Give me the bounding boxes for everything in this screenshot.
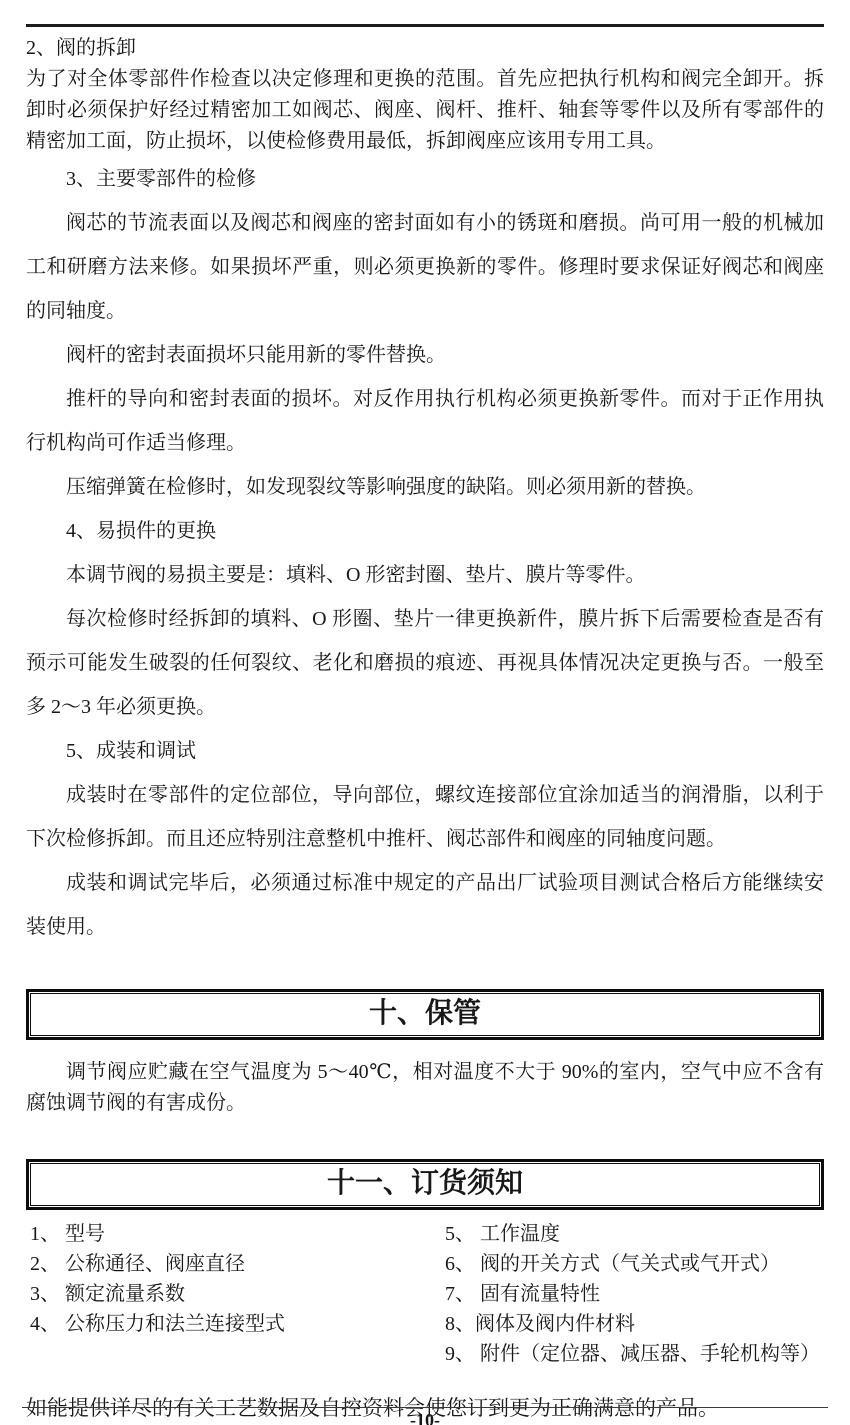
document-page: { "maintenance": { "s2_heading": "2、阀的拆卸…: [0, 0, 850, 1425]
section-heading-valve-disassembly: 2、阀的拆卸: [26, 32, 824, 64]
paragraph-stem-sealing: 阀杆的密封表面损坏只能用新的零件替换。: [26, 333, 824, 377]
storage-title-box: 十、保管: [26, 989, 824, 1040]
order-item-flow-characteristic: 7、 固有流量特性: [445, 1279, 824, 1309]
order-item-body-materials: 8、阀体及阀内件材料: [445, 1309, 824, 1339]
order-item-nominal-diameter: 2、 公称通径、阀座直径: [30, 1249, 445, 1279]
order-item-flow-coefficient: 3、 额定流量系数: [30, 1279, 445, 1309]
section-heading-main-parts-overhaul: 3、主要零部件的检修: [26, 157, 824, 201]
paragraph-assembly-lubrication: 成装时在零部件的定位部位，导向部位，螺纹连接部位宜涂加适当的润滑脂，以利于下次检…: [26, 773, 824, 861]
order-item-model: 1、 型号: [30, 1219, 445, 1249]
ordering-title-box: 十一、订货须知: [26, 1159, 824, 1210]
header-rule: [26, 24, 824, 27]
order-item-accessories: 9、 附件（定位器、减压器、手轮机构等）: [445, 1339, 824, 1369]
paragraph-factory-test: 成装和调试完毕后，必须通过标准中规定的产品出厂试验项目测试合格后方能继续安装使用…: [26, 861, 824, 949]
paragraph-wearing-parts-replacement: 每次检修时经拆卸的填料、O 形圈、垫片一律更换新件，膜片拆下后需要检查是否有预示…: [26, 597, 824, 729]
section-heading-wearing-parts: 4、易损件的更换: [26, 509, 824, 553]
ordering-title: 十一、订货须知: [30, 1163, 820, 1206]
order-item-working-temperature: 5、 工作温度: [445, 1219, 824, 1249]
footer-rule: [22, 1407, 828, 1408]
page-footer: -10-: [22, 1407, 828, 1425]
paragraph-pushrod-damage: 推杆的导向和密封表面的损坏。对反作用执行机构必须更换新零件。而对于正作用执行机构…: [26, 377, 824, 465]
ordering-checklist-left-column: 1、 型号 2、 公称通径、阀座直径 3、 额定流量系数 4、 公称压力和法兰连…: [30, 1219, 445, 1369]
order-item-pressure-flange: 4、 公称压力和法兰连接型式: [30, 1309, 445, 1339]
section-heading-assembly-debugging: 5、成装和调试: [26, 729, 824, 773]
paragraph-valve-disassembly: 为了对全体零部件作检查以决定修理和更换的范围。首先应把执行机构和阀完全卸开。拆卸…: [26, 64, 824, 157]
paragraph-compression-spring: 压缩弹簧在检修时，如发现裂纹等影响强度的缺陷。则必须用新的替换。: [26, 465, 824, 509]
page-number: -10-: [22, 1409, 828, 1425]
ordering-checklist-right-column: 5、 工作温度 6、 阀的开关方式（气关式或气开式） 7、 固有流量特性 8、阀…: [445, 1219, 824, 1369]
storage-title: 十、保管: [30, 993, 820, 1036]
page-content: 2、阀的拆卸 为了对全体零部件作检查以决定修理和更换的范围。首先应把执行机构和阀…: [0, 0, 850, 1423]
paragraph-storage-conditions: 调节阀应贮藏在空气温度为 5～40℃，相对温度不大于 90%的室内，空气中应不含…: [26, 1057, 824, 1119]
order-item-switch-mode: 6、 阀的开关方式（气关式或气开式）: [445, 1249, 824, 1279]
ordering-checklist: 1、 型号 2、 公称通径、阀座直径 3、 额定流量系数 4、 公称压力和法兰连…: [26, 1219, 824, 1369]
paragraph-wearing-parts-list: 本调节阀的易损主要是：填料、O 形密封圈、垫片、膜片等零件。: [26, 553, 824, 597]
paragraph-plug-seat-repair: 阀芯的节流表面以及阀芯和阀座的密封面如有小的锈斑和磨损。尚可用一般的机械加工和研…: [26, 201, 824, 333]
